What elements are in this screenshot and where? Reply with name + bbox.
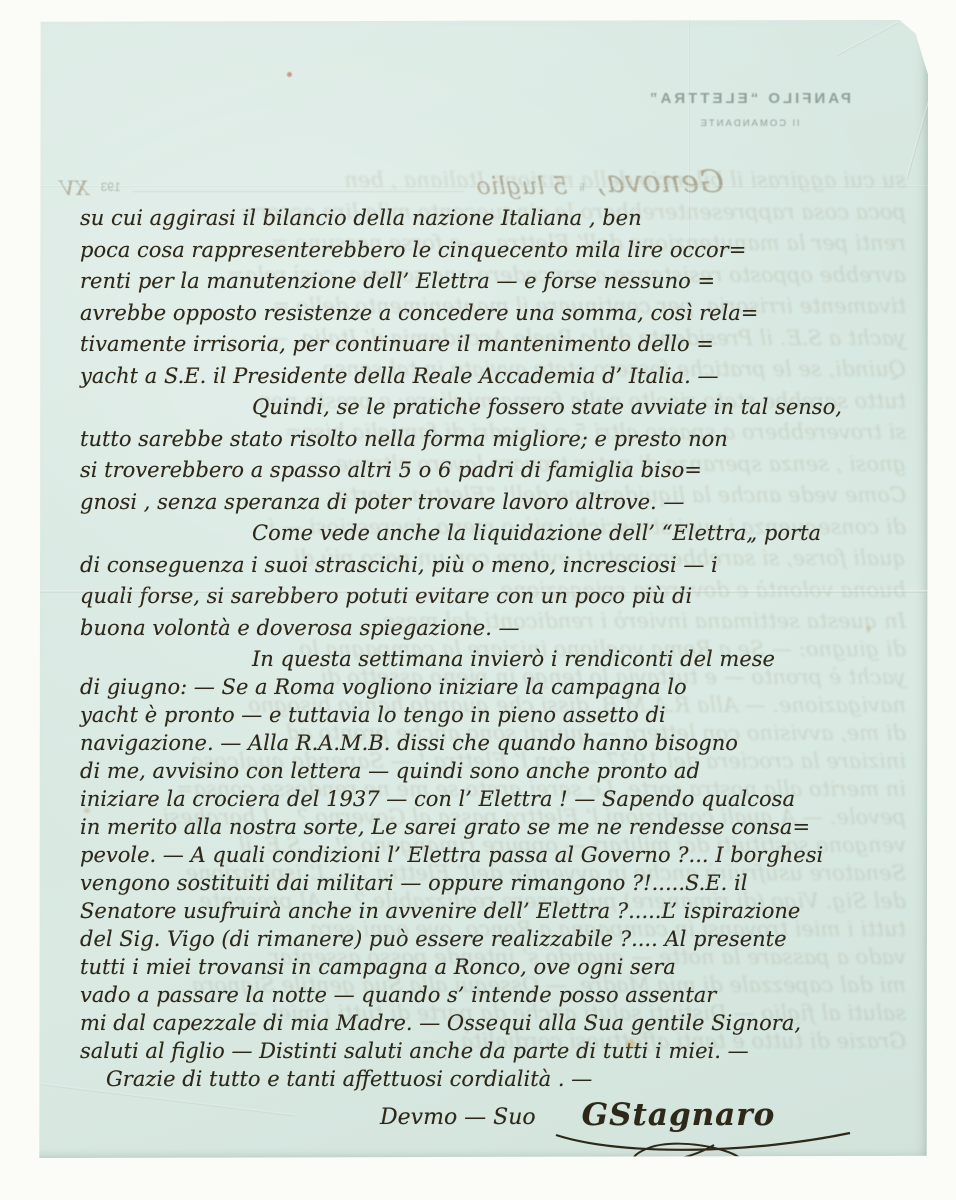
handwritten-line: tivamente irrisoria, per continuare il m… xyxy=(80,332,906,364)
date-line-ghost: Genova, li 5 luglio 193 XV xyxy=(60,146,724,198)
letter-body: su cui aggirasi il bilancio della nazion… xyxy=(80,206,906,1133)
handwritten-line: vengono sostituiti dai militari — oppure… xyxy=(80,871,906,899)
date-era-numeral: XV xyxy=(60,178,89,198)
handwritten-line: Senatore usufruirà anche in avvenire del… xyxy=(80,899,906,927)
date-place: Genova, xyxy=(596,167,724,198)
handwritten-line: yacht a S.E. il Presidente della Reale A… xyxy=(80,364,906,396)
date-li-label: li xyxy=(580,182,585,198)
handwritten-line: renti per la manutenzione dell’ Elettra … xyxy=(80,269,906,301)
handwritten-line: tutto sarebbe stato risolto nella forma … xyxy=(80,427,906,459)
handwritten-line: su cui aggirasi il bilancio della nazion… xyxy=(80,206,906,238)
closing-row: Devmo — SuoGStagnaro xyxy=(80,1097,906,1133)
handwritten-line: navigazione. — Alla R.A.M.B. dissi che q… xyxy=(80,731,906,759)
valediction: Devmo — Suo xyxy=(380,1097,536,1130)
handwritten-line: quali forse, si sarebbero potuti evitare… xyxy=(80,584,906,616)
handwritten-line: gnosi , senza speranza di poter trovare … xyxy=(80,490,906,522)
handwritten-line: di conseguenza i suoi strascichi, più o … xyxy=(80,553,906,585)
handwritten-line: vado a passare la notte — quando s’ inte… xyxy=(80,983,906,1011)
handwritten-line: buona volontà e doverosa spiegazione. — xyxy=(80,616,906,648)
handwritten-line: Grazie di tutto e tanti affettuosi cordi… xyxy=(80,1067,906,1095)
handwritten-line: pevole. — A quali condizioni l’ Elettra … xyxy=(80,843,906,871)
handwritten-line: Come vede anche la liquidazione dell’ “E… xyxy=(80,521,906,553)
handwritten-line: di me, avvisino con lettera — quindi son… xyxy=(80,759,906,787)
handwritten-line: del Sig. Vigo (di rimanere) può essere r… xyxy=(80,927,906,955)
handwritten-line: iniziare la crociera del 1937 — con l’ E… xyxy=(80,787,906,815)
signature-flourish-icon xyxy=(554,1123,854,1158)
handwritten-line: mi dal capezzale di mia Madre. — Ossequi… xyxy=(80,1011,906,1039)
handwritten-line: in merito alla nostra sorte, Le sarei gr… xyxy=(80,815,906,843)
signature-block: GStagnaro xyxy=(582,1097,776,1133)
handwritten-line: yacht è pronto — e tuttavia lo tengo in … xyxy=(80,703,906,731)
handwritten-line: In questa settimana invierò i rendiconti… xyxy=(80,647,906,675)
handwritten-line: tutti i miei trovansi in campagna a Ronc… xyxy=(80,955,906,983)
handwritten-line: si troverebbero a spasso altri 5 o 6 pad… xyxy=(80,458,906,490)
handwritten-line: di giugno: — Se a Roma vogliono iniziare… xyxy=(80,675,906,703)
date-day-month: 5 luglio xyxy=(476,174,567,198)
date-dotted-line xyxy=(133,191,465,192)
handwritten-line: poca cosa rappresenterebbero le cinquece… xyxy=(80,238,906,270)
letterhead-role: Il COMANDANTE xyxy=(596,118,902,129)
handwritten-line: Quindi, se le pratiche fossero state avv… xyxy=(80,395,906,427)
handwritten-line: saluti al figlio — Distinti saluti anche… xyxy=(80,1039,906,1067)
handwritten-line: avrebbe opposto resistenze a concedere u… xyxy=(80,301,906,333)
corner-crumple-line xyxy=(836,22,899,57)
letter-paper: PANFILO “ELETTRA” Il COMANDANTE Genova, … xyxy=(38,20,928,1158)
scan-background: { "letterhead_ghost": { "yacht_name": "P… xyxy=(0,0,956,1200)
date-year-prefix: 193 xyxy=(101,180,121,198)
foxing-spot xyxy=(287,72,292,77)
corner-crumple-line xyxy=(906,64,928,180)
letterhead-ghost: PANFILO “ELETTRA” Il COMANDANTE xyxy=(596,90,902,129)
letterhead-yacht-name: PANFILO “ELETTRA” xyxy=(596,90,902,107)
